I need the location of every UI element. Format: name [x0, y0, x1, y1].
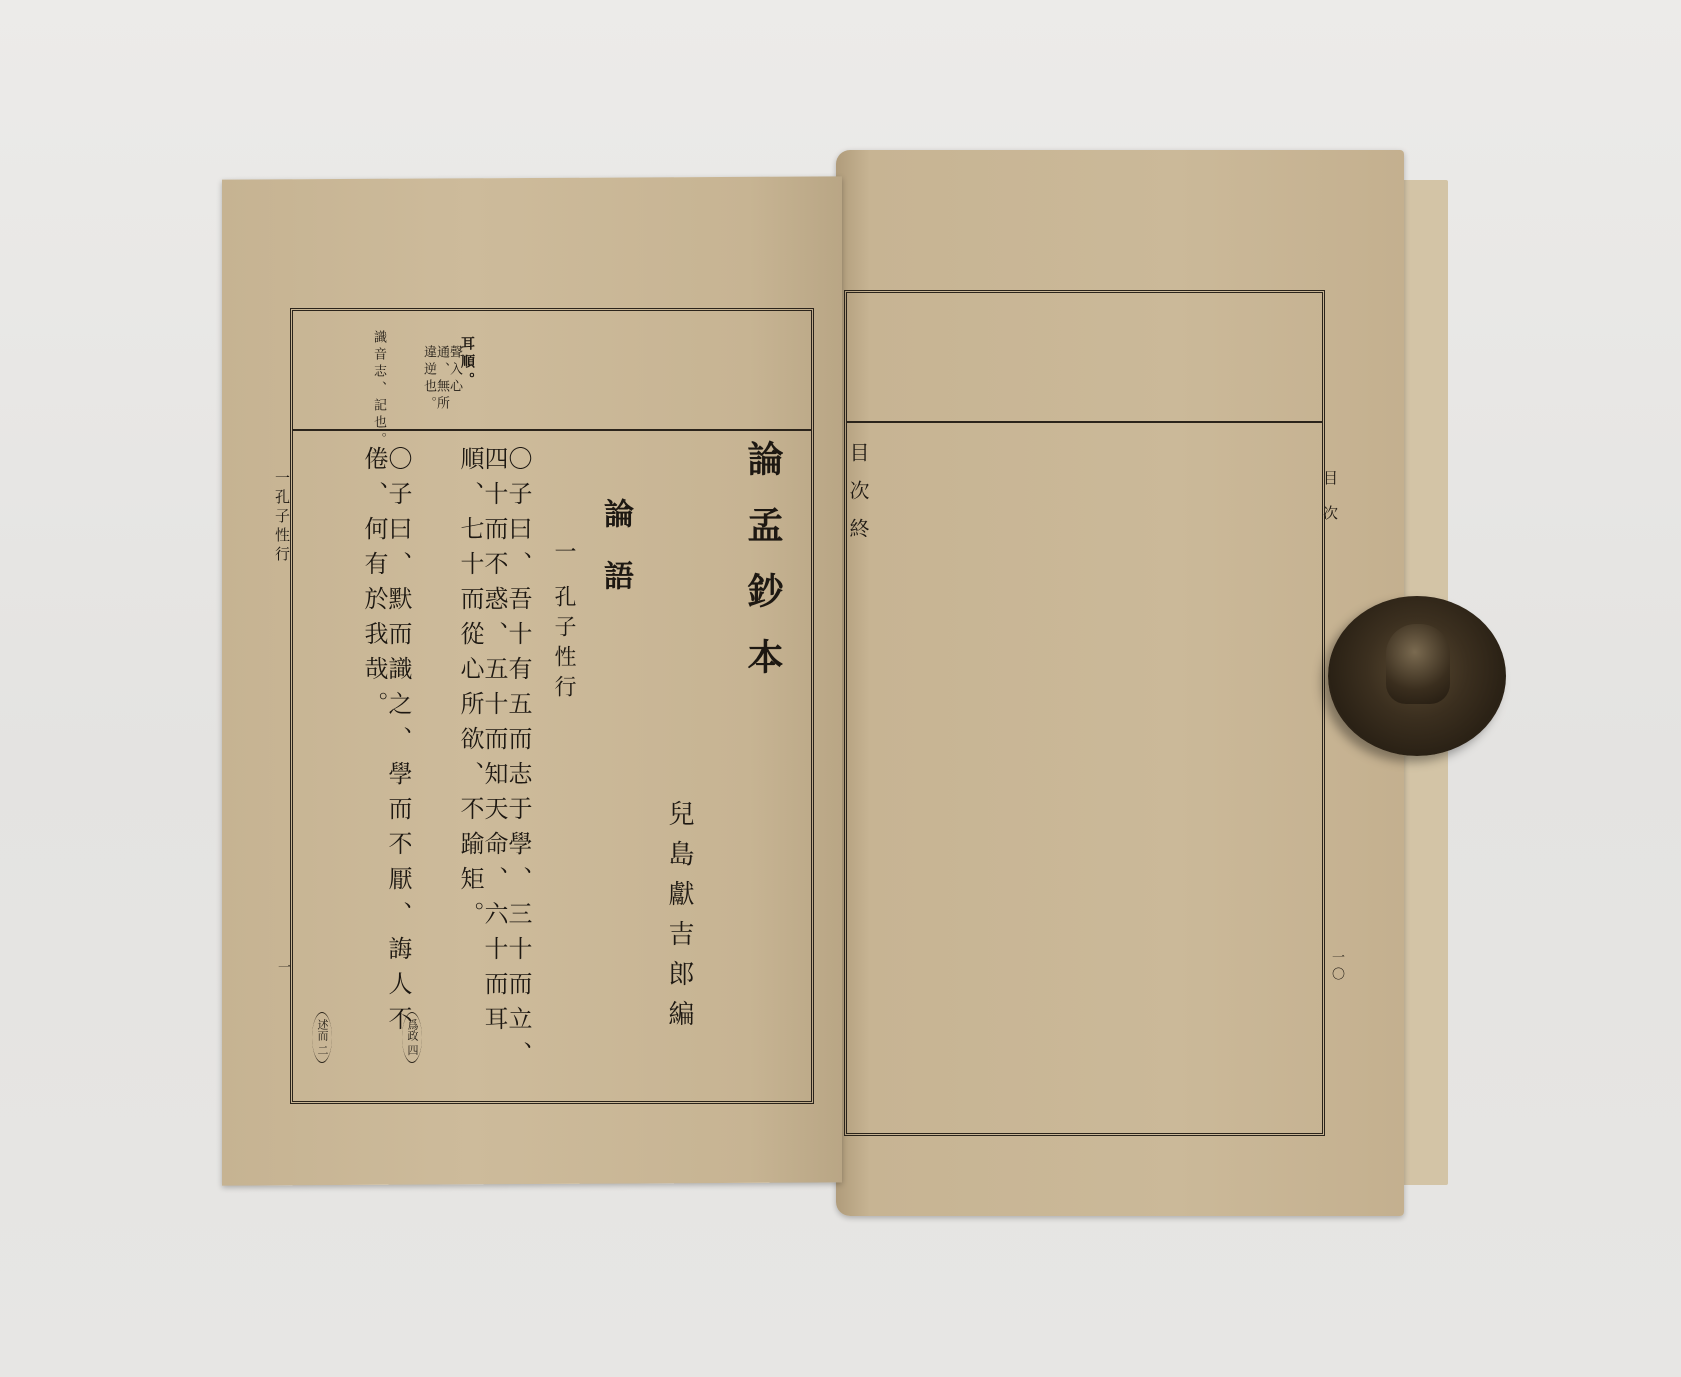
right-headnote-divider — [847, 421, 1322, 423]
paragraph-2: 〇子曰、默而識之、學而不厭、誨人不倦、何有於我哉。 — [362, 446, 410, 1066]
left-page-number: 一 — [276, 960, 289, 977]
running-head-marker: 一 — [273, 470, 291, 489]
running-head-left: 一孔子性行 — [274, 470, 289, 565]
headnote-2: 聲入心通、無所違逆也。 — [422, 345, 461, 425]
right-page-frame — [844, 290, 1325, 1136]
chapter-heading: 一 孔子性行 — [552, 540, 574, 705]
weight-knob — [1386, 624, 1450, 704]
toc-end-text: 目次終 — [848, 442, 868, 556]
running-head-right: 目次 — [1322, 470, 1337, 540]
section-title: 論語 — [600, 498, 630, 622]
editor-name: 兒島獻吉郎編 — [666, 800, 692, 1040]
paragraph-2-source: 述而 二 — [312, 1012, 332, 1063]
running-head-text: 孔子性行 — [273, 489, 291, 565]
right-page-number: 一〇 — [1330, 950, 1343, 984]
chapter-title: 孔子性行 — [551, 585, 576, 705]
chapter-number: 一 — [551, 540, 576, 570]
headnote-1: 耳順。 — [460, 336, 474, 390]
headnote-3: 識音志、記也。 — [372, 330, 385, 449]
brass-weight — [1328, 596, 1506, 756]
paragraph-1: 〇子曰、吾十有五而志于學、三十而立、四十而不惑、五十而知天命、六十而耳順、七十而… — [458, 446, 530, 1086]
book-title: 論孟鈔本 — [745, 440, 781, 704]
